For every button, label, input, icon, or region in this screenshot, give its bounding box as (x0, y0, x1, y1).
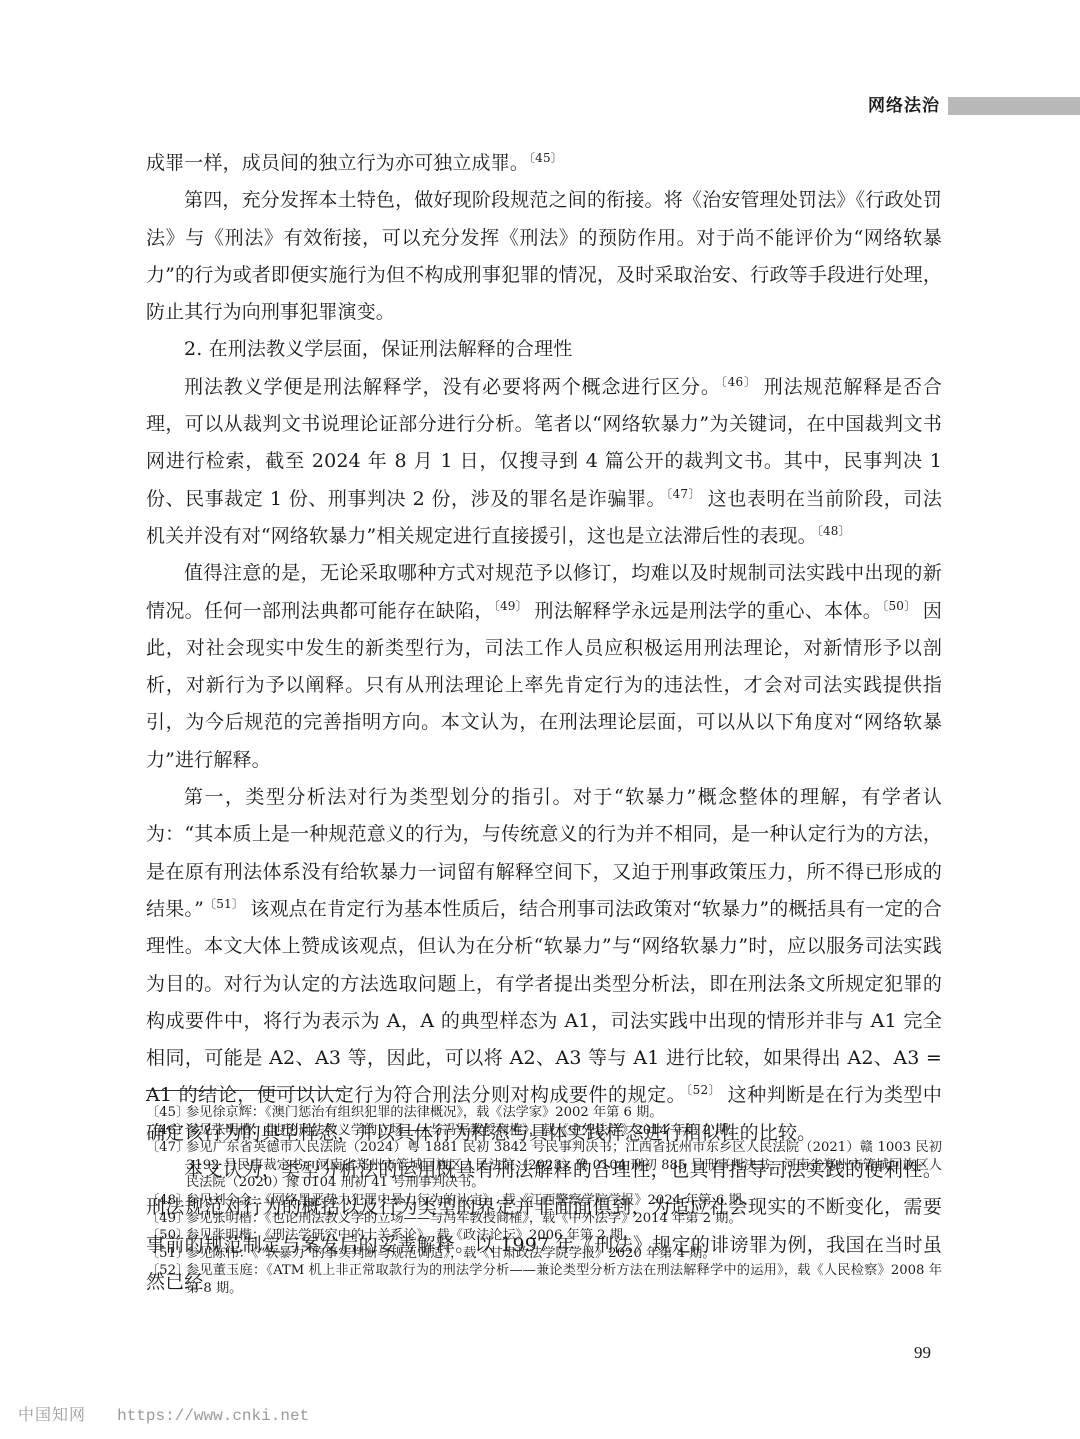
footnote-reference[interactable]: 〔46〕 (721, 375, 757, 389)
footnote-divider (146, 1090, 344, 1091)
watermark-site-name: 中国知网 (18, 1405, 86, 1424)
paragraph-text: 成罪一样，成员间的独立行为亦可独立成罪。 (146, 152, 529, 174)
footnote-item: 〔48〕参见刘今金：《网络黑恶势力犯罪中暴力行为的认定》，载《江西警察学院学报》… (146, 1192, 942, 1210)
watermark-url[interactable]: https://www.cnki.net (117, 1407, 309, 1425)
footnote-item: 〔46〕参见张明楷：《也论刑法教义学的立场——与冯军教授商榷》，载《中外法学》2… (146, 1122, 942, 1140)
paragraph-text: 2. 在刑法教义学层面，保证刑法解释的合理性 (184, 338, 572, 360)
footnote-reference[interactable]: 〔48〕 (817, 524, 851, 538)
footnote-number: 〔50〕 (146, 1227, 186, 1245)
footnote-item: 〔45〕参见徐京辉：《澳门惩治有组织犯罪的法律概况》，载《法学家》2002 年第… (146, 1104, 942, 1122)
footnote-reference[interactable]: 〔50〕 (882, 599, 916, 613)
footnote-number: 〔47〕 (146, 1139, 186, 1192)
paragraph: 第四，充分发挥本土特色，做好现阶段规范之间的衔接。将《治安管理处罚法》《行政处罚… (146, 182, 942, 331)
footnote-number: 〔48〕 (146, 1192, 186, 1210)
paragraph-text: 因此，对社会现实中发生的新类型行为，司法工作人员应积极运用刑法理论，对新情形予以… (146, 600, 942, 771)
footnote-text: 参见陈伟：《“软暴力”的事实判断与规范调适》，载《甘肃政法学院学报》2020 年… (186, 1245, 942, 1263)
footnotes: 〔45〕参见徐京辉：《澳门惩治有组织犯罪的法律概况》，载《法学家》2002 年第… (146, 1104, 942, 1298)
paragraph-text: 刑法教义学便是刑法解释学，没有必要将两个概念进行区分。 (184, 376, 721, 398)
footnote-number: 〔45〕 (146, 1104, 186, 1122)
footnote-text: 参见徐京辉：《澳门惩治有组织犯罪的法律概况》，载《法学家》2002 年第 6 期… (186, 1104, 942, 1122)
footnote-item: 〔51〕参见陈伟：《“软暴力”的事实判断与规范调适》，载《甘肃政法学院学报》20… (146, 1245, 942, 1263)
footnote-text: 参见刘今金：《网络黑恶势力犯罪中暴力行为的认定》，载《江西警察学院学报》2024… (186, 1192, 942, 1210)
footnote-text: 参见张明楷：《也论刑法教义学的立场——与冯军教授商榷》，载《中外法学》2014 … (186, 1210, 942, 1228)
watermark: 中国知网 https://www.cnki.net (18, 1402, 309, 1425)
footnote-text: 参见广东省英德市人民法院（2024）粤 1881 民初 3842 号民事判决书；… (186, 1139, 942, 1192)
page-number: 99 (914, 1343, 931, 1363)
paragraph: 刑法教义学便是刑法解释学，没有必要将两个概念进行区分。〔46〕 刑法规范解释是否… (146, 369, 942, 555)
footnote-item: 〔47〕参见广东省英德市人民法院（2024）粤 1881 民初 3842 号民事… (146, 1139, 942, 1192)
footnote-text: 参见张明楷：《刑法学研究中的十关系论》，载《政法论坛》2006 年第 2 期。 (186, 1227, 942, 1245)
footnote-reference[interactable]: 〔51〕 (204, 897, 244, 911)
footnote-item: 〔49〕参见张明楷：《也论刑法教义学的立场——与冯军教授商榷》，载《中外法学》2… (146, 1210, 942, 1228)
section-title: 网络法治 (868, 93, 940, 119)
footnote-text: 参见董玉庭：《ATM 机上非正常取款行为的刑法学分析——兼论类型分析方法在刑法解… (186, 1262, 942, 1297)
footnote-item: 〔52〕参见董玉庭：《ATM 机上非正常取款行为的刑法学分析——兼论类型分析方法… (146, 1262, 942, 1297)
header-decorative-bar (948, 97, 1080, 115)
footnote-reference[interactable]: 〔52〕 (686, 1083, 721, 1097)
footnote-number: 〔52〕 (146, 1262, 186, 1297)
running-header: 网络法治 (0, 93, 1080, 119)
paragraph-text: 第四，充分发挥本土特色，做好现阶段规范之间的衔接。将《治安管理处罚法》《行政处罚… (146, 189, 942, 323)
paragraph: 2. 在刑法教义学层面，保证刑法解释的合理性 (146, 331, 942, 368)
footnote-reference[interactable]: 〔49〕 (494, 599, 528, 613)
footnote-number: 〔51〕 (146, 1245, 186, 1263)
footnote-text: 参见张明楷：《也论刑法教义学的立场——与冯军教授商榷》，载《中外法学》2014 … (186, 1122, 942, 1140)
footnote-item: 〔50〕参见张明楷：《刑法学研究中的十关系论》，载《政法论坛》2006 年第 2… (146, 1227, 942, 1245)
footnote-reference[interactable]: 〔45〕 (529, 151, 563, 165)
footnote-number: 〔46〕 (146, 1122, 186, 1140)
paragraph-text: 该观点在肯定行为基本性质后，结合刑事司法政策对“软暴力”的概括具有一定的合理性。… (146, 898, 942, 1106)
paragraph: 成罪一样，成员间的独立行为亦可独立成罪。〔45〕 (146, 145, 942, 182)
footnote-number: 〔49〕 (146, 1210, 186, 1228)
footnote-reference[interactable]: 〔47〕 (666, 487, 701, 501)
paragraph: 第一，类型分析法对行为类型划分的指引。对于“软暴力”概念整体的理解，有学者认为：… (146, 779, 942, 1152)
paragraph: 值得注意的是，无论采取哪种方式对规范予以修订，均难以及时规制司法实践中出现的新情… (146, 555, 942, 779)
paragraph-text: 刑法解释学永远是刑法学的重心、本体。 (528, 600, 882, 622)
